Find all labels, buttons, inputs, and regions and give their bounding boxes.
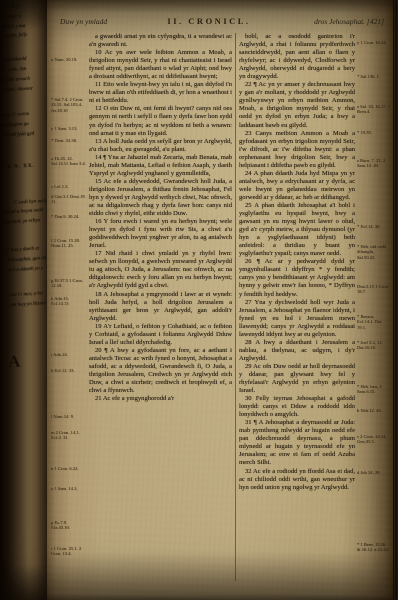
margin-note: * Heb. nid oedd dihangfa, Sal.50.22.	[357, 244, 391, 260]
right-margin-notes: y 1 Cron. 16.34. * Sal.136. 1. z Sal. 33…	[357, 34, 391, 590]
column-divider-rule	[235, 33, 236, 581]
verse-paragraph: 16 Y foru ewch i wared yn eu herbyn hwyn…	[89, 218, 232, 250]
spine-text-fragment: rglwydd fydd gyd	[0, 128, 52, 141]
spine-text-fragment: ab Israel, blaenor	[0, 83, 49, 96]
verse-paragraph: 29 Ac ofn Duw oedd ar holl deyrnasoedd y…	[239, 363, 355, 395]
verse-paragraph: a gwaeddi arnat yn ein cyfyngdra, ti a w…	[89, 33, 232, 49]
margin-note: a Th.45. 22. Sal.14.11 Joan 3.4.	[51, 156, 87, 167]
margin-note: p Ec.7.9. Efa.43.10.	[51, 520, 87, 531]
margin-note: b Neh.12. 43.	[357, 408, 391, 413]
margin-note: y 1 Cron. 16.34.	[357, 40, 391, 45]
verse-paragraph: 10 Ac yn awr wele feibion Ammon a Moab, …	[89, 49, 232, 81]
verse-paragraph: 23 Canys meibion Ammon a Moab a gyfodasa…	[239, 130, 355, 170]
margin-note: Diar.3.15 1 Cron. 18.7.	[357, 284, 391, 295]
margin-note: g Ef.37.5 1 Cron. 12.18.	[51, 278, 87, 289]
margin-note: * 1 Bren. 15.26. & 16.12. a 22.43.	[357, 542, 391, 553]
margin-note: z Barn. 7. 22. 2 Sam.14. 20.	[357, 158, 391, 169]
verse-paragraph: 31 ¶ A Jehosaphat a deyrnasodd ar Juda: …	[239, 419, 355, 467]
margin-note: z Sal. 33. 16,17. 1 Bren.4.	[357, 104, 391, 115]
margin-note: * Deut. 32.36.	[51, 138, 87, 143]
margin-note: * Sal.7.4. 2 Cron. 33.15. Sal.103.4. Jer…	[51, 97, 87, 113]
text-column-right: bobl, ac a osododd gantorion i'r Arglwyd…	[239, 33, 355, 583]
margin-note: f 2 Cron. 15.20. Num.11. 25.	[51, 238, 87, 249]
left-margin-notes: u Num. 20.19. * Sal.7.4. 2 Cron. 33.15. …	[51, 34, 87, 590]
verse-paragraph: 22 ¶ Ac yn yr amser y dechreuasant hwy y…	[239, 81, 355, 129]
fore-edge-pages	[393, 0, 398, 600]
margin-note: d Can 3.1 Deut.19. 11.	[51, 194, 87, 205]
margin-note: * Ecf.14. 30.	[357, 224, 391, 229]
spine-text-fragment: eich brodyr, felly	[0, 30, 46, 43]
verse-paragraph: 32 Ac efe a rodiodd yn ffordd Asa ei dad…	[239, 468, 355, 492]
text-column-left: a gwaeddi arnat yn ein cyfyngdra, ti a w…	[89, 33, 232, 583]
spine-dropcap-letter: A	[7, 352, 21, 373]
verse-paragraph: 21 Ac efe a ymgynghorodd a'r	[89, 395, 232, 403]
verse-paragraph: 12 O ein Duw ni, oni ferni di hwynt? can…	[89, 105, 232, 137]
verse-paragraph: 25 A phan ddaeth Jehosaphat a'i bobl i y…	[239, 202, 355, 258]
verse-paragraph: 24 A phan ddaeth Juda hyd Mispa yn yr an…	[239, 170, 355, 202]
running-title-right-page-number: dros Jehosaphat. [421]	[314, 17, 384, 26]
verse-paragraph: 28 A hwy a ddaethant i Jerusalem a nabla…	[239, 339, 355, 363]
margin-note: c Lef.1.3.	[51, 184, 87, 189]
margin-note: l Num.14. 9.	[51, 414, 87, 419]
margin-note: r 1 Cron. 25.1. 2 Cron. 13.4.	[51, 546, 87, 557]
verse-paragraph: 30 Felly teyrnas Jehosaphat a gafodd lon…	[239, 395, 355, 419]
margin-note: k Ecf.12. 33.	[51, 368, 87, 373]
margin-note: * Dan.9. 20.24.	[51, 214, 87, 219]
margin-note: n 1 Cron. 6.22.	[51, 466, 87, 471]
verse-paragraph: 27 Yna y dychwelodd holl wyr Juda a Jeru…	[239, 299, 355, 339]
margin-note: * Sal.136. 1.	[357, 74, 391, 79]
verse-paragraph: 15 Ac efe a ddywedodd, Gwrandewch holl J…	[89, 178, 232, 218]
margin-note: * Joel 3.2, 12. Dat.16.16	[357, 340, 391, 351]
margin-note: * 19.35.	[357, 130, 391, 135]
verse-paragraph: 20 ¶ A hwy a gyfodasant yn fore, ac a ae…	[89, 347, 232, 395]
verse-paragraph: 19 A'r Lefiaid, o feibion y Cohathiaid, …	[89, 323, 232, 347]
verse-paragraph: 13 A holl Juda oedd yn sefyll ger bron y…	[89, 138, 232, 154]
verse-paragraph: 14 ¶ Yna ar Jahaziel mab Zecaria, mab Be…	[89, 154, 232, 178]
margin-note: * Beraca, Ecf.14.1. Dat. 19.1.	[357, 314, 391, 330]
verse-paragraph: 17 Nid rhaid i chwi ymladd yn y rhyfel h…	[89, 250, 232, 290]
book-photo: ti wrth fodd y rwng y gwyr a a gwelwch y…	[0, 0, 398, 600]
margin-note: m 2 Cron. 14.1. Ecf.4. 31.	[51, 430, 87, 441]
page-header: Duw yn ymladd II. CRONICL. dros Jehosaph…	[56, 17, 386, 29]
margin-note: o 1 Sam. 14.3.	[51, 486, 87, 491]
margin-note: * Heb. ben, 2 Sam.6.15.	[357, 384, 391, 395]
verse-paragraph: 11 Etto wele hwynt-hwy yn talu i ni, gan…	[89, 81, 232, 105]
margin-note: c 2 Cron. 14.14. Gen.35.5.	[357, 434, 391, 445]
margin-note: d Job 34. 29.	[357, 470, 391, 475]
margin-note: h Adn.15. Ecl.14.13	[51, 296, 87, 307]
book-spine: ti wrth fodd y rwng y gwyr a a gwelwch y…	[0, 0, 47, 600]
margin-note: i Adn.24.	[51, 352, 87, 357]
verse-paragraph: 18 A Jehosaphat a ymgrymodd i lawr ar ei…	[89, 291, 232, 323]
margin-note: u Num. 20.19.	[51, 57, 87, 62]
margin-note: y 1 Sam. 3.13.	[51, 126, 87, 131]
verse-paragraph: 26 ¶ Ac ar y pedwarydd dydd yr ymgynhull…	[239, 258, 355, 298]
verse-paragraph: bobl, ac a osododd gantorion i'r Arglwyd…	[239, 33, 355, 81]
